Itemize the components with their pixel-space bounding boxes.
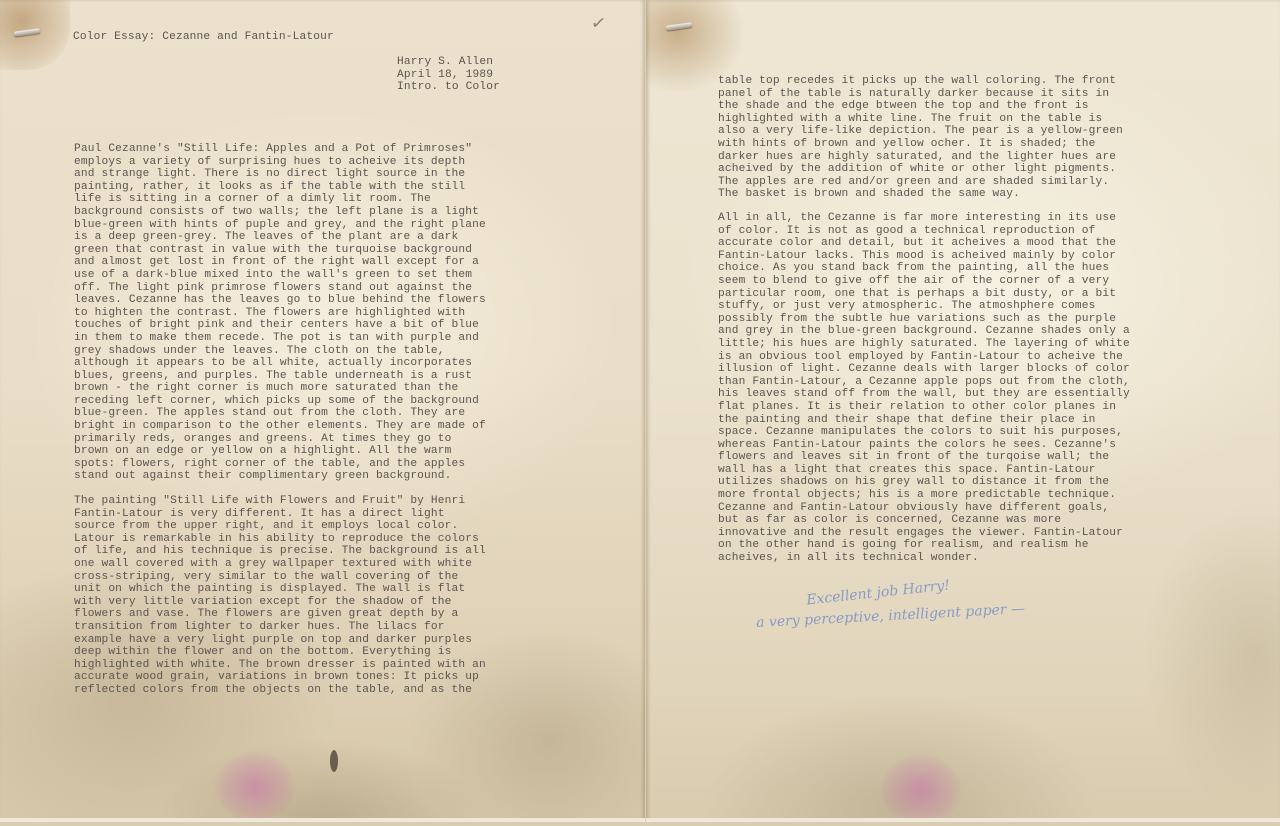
paragraph-conclusion: All in all, the Cezanne is far more inte…	[718, 212, 1130, 565]
essay-page-2: table top recedes it picks up the wall c…	[646, 0, 1280, 822]
pink-stain	[881, 755, 961, 822]
pink-stain	[215, 752, 295, 822]
essay-title: Color Essay: Cezanne and Fantin-Latour	[73, 31, 334, 44]
course-name: Intro. to Color	[397, 81, 500, 93]
page-edge	[646, 818, 1280, 822]
rust-stain	[0, 0, 70, 70]
essay-page-1: Color Essay: Cezanne and Fantin-Latour H…	[0, 0, 645, 822]
author-name: Harry S. Allen	[397, 56, 493, 68]
checkmark-icon: ✓	[590, 12, 608, 35]
ink-spot	[330, 750, 338, 772]
teacher-comment-line-2: a very perceptive, intelligent paper —	[756, 601, 1026, 631]
teacher-comment-line-1: Excellent job Harry!	[806, 578, 951, 609]
paragraph-fantin-latour: The painting "Still Life with Flowers an…	[74, 495, 486, 697]
author-block: Harry S. Allen April 18, 1989 Intro. to …	[397, 56, 500, 94]
page-edge	[0, 818, 645, 822]
paragraph-cezanne: Paul Cezanne's "Still Life: Apples and a…	[74, 143, 486, 483]
paragraph-continuation: table top recedes it picks up the wall c…	[718, 75, 1123, 201]
staple	[666, 22, 692, 31]
scanned-essay-spread: Color Essay: Cezanne and Fantin-Latour H…	[0, 0, 1280, 826]
essay-date: April 18, 1989	[397, 69, 493, 81]
